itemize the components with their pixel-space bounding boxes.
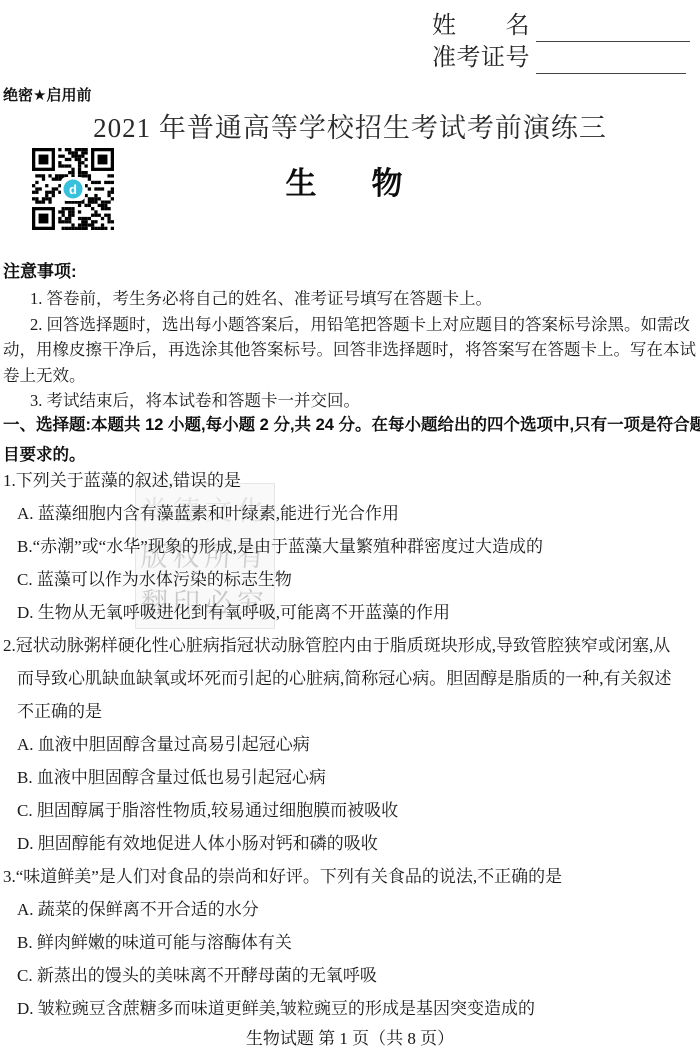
question-2-option-a: A. 血液中胆固醇含量过高易引起冠心病 xyxy=(3,728,699,761)
notice-item-2-line-2: 动，用橡皮擦干净后，再选涂其他答案标号。回答非选择题时，将答案写在答题卡上。写在… xyxy=(3,337,697,363)
question-2-option-c: C. 胆固醇属于脂溶性物质,较易通过细胞膜而被吸收 xyxy=(3,794,699,827)
question-1-option-a: A. 蓝藻细胞内含有藻蓝素和叶绿素,能进行光合作用 xyxy=(3,497,699,530)
admission-no-blank-line xyxy=(536,44,686,74)
question-list: 1.下列关于蓝藻的叙述,错误的是 A. 蓝藻细胞内含有藻蓝素和叶绿素,能进行光合… xyxy=(3,464,699,1025)
question-3-option-d: D. 皱粒豌豆含蔗糖多而味道更鲜美,皱粒豌豆的形成是基因突变造成的 xyxy=(3,992,699,1025)
question-1-stem: 1.下列关于蓝藻的叙述,错误的是 xyxy=(3,464,699,497)
question-2-stem-line-1: 2.冠状动脉粥样硬化性心脏病指冠状动脉管腔内由于脂质斑块形成,导致管腔狭窄或闭塞… xyxy=(3,629,699,662)
question-3-stem: 3.“味道鲜美”是人们对食品的崇尚和好评。下列有关食品的说法,不正确的是 xyxy=(3,860,699,893)
exam-paper-page: { "page": { "background": "#ffffff", "te… xyxy=(0,0,700,1060)
name-field-row: 姓 名 xyxy=(432,10,690,42)
notice-block: 注意事项: 1. 答卷前，考生务必将自己的姓名、准考证号填写在答题卡上。 2. … xyxy=(3,258,697,414)
section-heading: 一、选择题:本题共 12 小题,每小题 2 分,共 24 分。在每小题给出的四个… xyxy=(3,410,699,470)
notice-heading: 注意事项: xyxy=(3,258,697,286)
question-3-option-c: C. 新蒸出的馒头的美味离不开酵母菌的无氧呼吸 xyxy=(3,959,699,992)
question-2-option-b: B. 血液中胆固醇含量过低也易引起冠心病 xyxy=(3,761,699,794)
question-2: 2.冠状动脉粥样硬化性心脏病指冠状动脉管腔内由于脂质斑块形成,导致管腔狭窄或闭塞… xyxy=(3,629,699,860)
name-label: 姓 名 xyxy=(432,10,530,42)
notice-item-2-line-1: 2. 回答选择题时，选出每小题答案后，用铅笔把答题卡上对应题目的答案标号涂黑。如… xyxy=(3,312,697,338)
question-2-option-d: D. 胆固醇能有效地促进人体小肠对钙和磷的吸收 xyxy=(3,827,699,860)
question-3: 3.“味道鲜美”是人们对食品的崇尚和好评。下列有关食品的说法,不正确的是 A. … xyxy=(3,860,699,1025)
question-1: 1.下列关于蓝藻的叙述,错误的是 A. 蓝藻细胞内含有藻蓝素和叶绿素,能进行光合… xyxy=(3,464,699,629)
page-footer: 生物试题 第 1 页（共 8 页） xyxy=(0,1024,700,1049)
question-3-option-b: B. 鲜肉鲜嫩的味道可能与溶酶体有关 xyxy=(3,926,699,959)
subject-title: 生 物 xyxy=(0,158,700,203)
secrecy-notice: 绝密★启用前 xyxy=(3,84,91,105)
name-blank-line xyxy=(536,12,690,42)
question-3-option-a: A. 蔬菜的保鲜离不开合适的水分 xyxy=(3,893,699,926)
question-1-option-c: C. 蓝藻可以作为水体污染的标志生物 xyxy=(3,563,699,596)
question-1-option-b: B.“赤潮”或“水华”现象的形成,是由于蓝藻大量繁殖种群密度过大造成的 xyxy=(3,530,699,563)
exam-title: 2021 年普通高等学校招生考试考前演练三 xyxy=(0,106,700,145)
admission-no-label: 准考证号 xyxy=(432,42,530,74)
question-2-stem-line-2: 而导致心肌缺血缺氧或坏死而引起的心脏病,简称冠心病。胆固醇是脂质的一种,有关叙述 xyxy=(3,662,699,695)
question-2-stem-line-3: 不正确的是 xyxy=(3,695,699,728)
notice-item-1: 1. 答卷前，考生务必将自己的姓名、准考证号填写在答题卡上。 xyxy=(3,286,697,312)
notice-item-2-line-3: 卷上无效。 xyxy=(3,363,697,389)
section-heading-line-1: 一、选择题:本题共 12 小题,每小题 2 分,共 24 分。在每小题给出的四个… xyxy=(3,410,699,440)
question-1-option-d: D. 生物从无氧呼吸进化到有氧呼吸,可能离不开蓝藻的作用 xyxy=(3,596,699,629)
admission-no-field-row: 准考证号 xyxy=(432,42,686,74)
